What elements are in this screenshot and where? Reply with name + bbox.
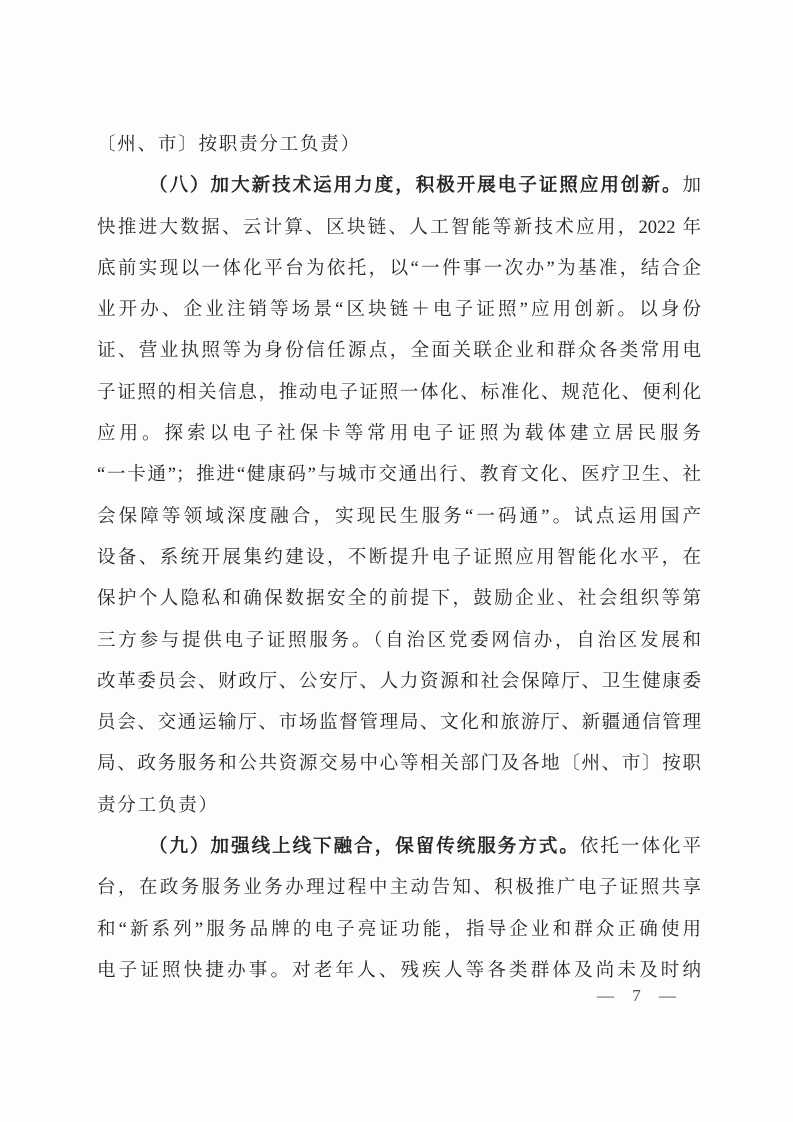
text-line: 三方参与提供电子证照服务。（自治区党委网信办，自治区发展和 (97, 621, 701, 662)
text-line: 设备、系统开展集约建设，不断提升电子证照应用智能化水平，在 (97, 538, 701, 579)
body-text: 应用。探索以电子社保卡等常用电子证照为载体建立居民服务 (97, 424, 701, 444)
body-text: 业开办、企业注销等场景“区块链＋电子证照”应用创新。以身份 (97, 300, 701, 320)
text-line: （八）加大新技术运用力度，积极开展电子证照应用创新。加 (97, 166, 701, 207)
page-number: — 7 — (597, 986, 683, 1006)
body-text: 会保障等领域深度融合，实现民生服务“一码通”。试点运用国产 (97, 507, 701, 527)
body-text: 〔州、市〕按职责分工负责） (97, 135, 361, 155)
text-line: 保护个人隐私和确保数据安全的前提下，鼓励企业、社会组织等第 (97, 579, 701, 620)
text-line: 责分工负责） (97, 786, 701, 827)
text-line: （九）加强线上线下融合，保留传统服务方式。依托一体化平 (97, 827, 701, 868)
document-text-block: 〔州、市〕按职责分工负责）（八）加大新技术运用力度，积极开展电子证照应用创新。加… (97, 125, 701, 992)
body-text: 证、营业执照等为身份信任源点，全面关联企业和群众各类常用电 (97, 341, 701, 361)
body-text: 员会、交通运输厅、市场监督管理局、文化和旅游厅、新疆通信管理 (97, 713, 701, 733)
body-text: 设备、系统开展集约建设，不断提升电子证照应用智能化水平，在 (97, 548, 701, 568)
section-heading-text: （九）加强线上线下融合，保留传统服务方式。 (149, 837, 580, 857)
body-text: 责分工负责） (97, 796, 219, 816)
text-line: 员会、交通运输厅、市场监督管理局、文化和旅游厅、新疆通信管理 (97, 703, 701, 744)
body-text: 三方参与提供电子证照服务。（自治区党委网信办，自治区发展和 (97, 631, 701, 651)
body-text: 依托一体化平 (580, 837, 701, 857)
text-line: 和“新系列”服务品牌的电子亮证功能，指导企业和群众正确使用 (97, 910, 701, 951)
document-page: 〔州、市〕按职责分工负责）（八）加大新技术运用力度，积极开展电子证照应用创新。加… (0, 0, 793, 1122)
body-text: 局、政务服务和公共资源交易中心等相关部门及各地〔州、市〕按职 (97, 754, 701, 774)
body-text: 快推进大数据、云计算、区块链、人工智能等新技术应用，2022 年 (97, 218, 701, 238)
body-text: 和“新系列”服务品牌的电子亮证功能，指导企业和群众正确使用 (97, 920, 701, 940)
text-line: 子证照的相关信息，推动电子证照一体化、标准化、规范化、便利化 (97, 373, 701, 414)
body-text: 子证照的相关信息，推动电子证照一体化、标准化、规范化、便利化 (97, 383, 701, 403)
body-text: 改革委员会、财政厅、公安厅、人力资源和社会保障厅、卫生健康委 (97, 672, 701, 692)
text-line: 证、营业执照等为身份信任源点，全面关联企业和群众各类常用电 (97, 331, 701, 372)
text-line: 底前实现以一体化平台为依托，以“一件事一次办”为基准，结合企 (97, 249, 701, 290)
text-line: 改革委员会、财政厅、公安厅、人力资源和社会保障厅、卫生健康委 (97, 662, 701, 703)
text-line: 会保障等领域深度融合，实现民生服务“一码通”。试点运用国产 (97, 497, 701, 538)
body-text: 底前实现以一体化平台为依托，以“一件事一次办”为基准，结合企 (97, 259, 701, 279)
text-line: 台，在政务服务业务办理过程中主动告知、积极推广电子证照共享 (97, 868, 701, 909)
body-text: 电子证照快捷办事。对老年人、残疾人等各类群体及尚未及时纳 (97, 961, 701, 981)
section-heading-text: （八）加大新技术运用力度，积极开展电子证照应用创新。 (149, 176, 682, 196)
text-line: 局、政务服务和公共资源交易中心等相关部门及各地〔州、市〕按职 (97, 744, 701, 785)
body-text: “一卡通”；推进“健康码”与城市交通出行、教育文化、医疗卫生、社 (97, 465, 701, 485)
text-line: “一卡通”；推进“健康码”与城市交通出行、教育文化、医疗卫生、社 (97, 455, 701, 496)
body-text: 保护个人隐私和确保数据安全的前提下，鼓励企业、社会组织等第 (97, 589, 701, 609)
text-line: 业开办、企业注销等场景“区块链＋电子证照”应用创新。以身份 (97, 290, 701, 331)
text-line: 〔州、市〕按职责分工负责） (97, 125, 701, 166)
text-line: 快推进大数据、云计算、区块链、人工智能等新技术应用，2022 年 (97, 208, 701, 249)
body-text: 加 (682, 176, 701, 196)
body-text: 台，在政务服务业务办理过程中主动告知、积极推广电子证照共享 (97, 878, 701, 898)
text-line: 应用。探索以电子社保卡等常用电子证照为载体建立居民服务 (97, 414, 701, 455)
